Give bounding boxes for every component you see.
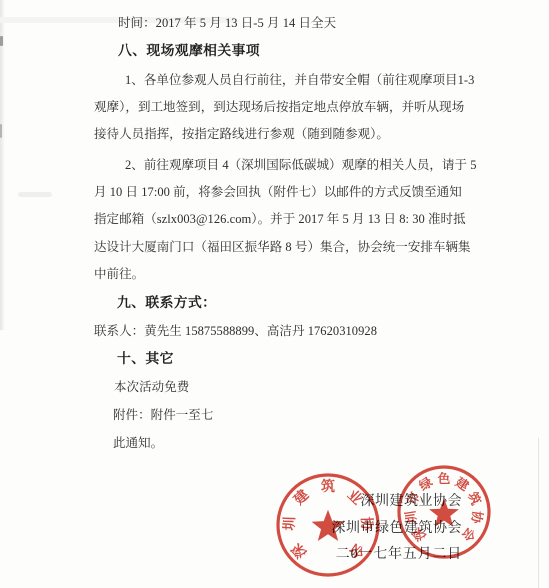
time-line: 时间：2017 年 5 月 13 日-5 月 14 日全天 [118, 16, 336, 31]
seal-character: 市 [404, 489, 423, 507]
para-2-line-4: 达设计大厦南门口（福田区振华路 8 号）集合，协会统一安排车辆集 [94, 240, 471, 255]
official-seal-construction-association: 深圳建筑业协会 [274, 471, 382, 579]
seal-star-icon [312, 510, 345, 541]
para-1-line-3: 接待人员指挥，按指定路线进行参观（随到随参观）。 [94, 127, 389, 142]
section-heading-site-visit: 八、现场观摩相关事项 [118, 43, 260, 58]
scanned-notice-page: 时间：2017 年 5 月 13 日-5 月 14 日全天 八、现场观摩相关事项… [0, 0, 549, 588]
seal-star-icon [429, 498, 459, 526]
closing-line: 此通知。 [113, 436, 163, 451]
para-2-line-5: 中前往。 [94, 267, 144, 282]
section-heading-other: 十、其它 [117, 351, 174, 366]
seal-character: 色 [438, 471, 451, 486]
seal-character: 圳 [403, 509, 419, 524]
seal-character: 筑 [321, 478, 335, 495]
seal-character: 圳 [282, 516, 298, 531]
seal-character: 绿 [416, 474, 435, 494]
para-1-line-1: 1、各单位参观人员自行前往，并自带安全帽（前往观摩项目1-3 [125, 73, 474, 88]
seal-svg: 深圳市绿色建筑协会 [395, 463, 493, 561]
para-2-line-3: 指定邮箱（szlx003@126.com）。并于 2017 年 5 月 13 日… [94, 212, 466, 227]
official-seal-green-building-association: 深圳市绿色建筑协会 [395, 463, 493, 561]
para-1-line-2: 观摩），到工地签到，到达现场后按指定地点停放车辆，并听从现场 [94, 100, 464, 115]
para-2-line-2: 月 10 日 17:00 前，将参会回执（附件七）以邮件的方式反馈至通知 [94, 185, 462, 200]
seal-character: 建 [452, 474, 472, 494]
free-of-charge-line: 本次活动免费 [114, 380, 189, 395]
scan-smudge-artifact [18, 192, 52, 197]
scan-mark-artifact [0, 124, 2, 138]
para-2-line-1: 2、前往观摩项目 4（深圳国际低碳城）观摩的相关人员，请于 5 [125, 158, 477, 173]
seal-character: 会 [459, 525, 479, 545]
seal-character: 深 [409, 524, 429, 544]
seal-svg: 深圳建筑业协会 [274, 471, 382, 579]
attachments-line: 附件：附件一至七 [113, 408, 213, 423]
scan-edge-artifact [538, 438, 539, 588]
scan-mark-artifact [0, 36, 3, 46]
seal-character: 筑 [465, 490, 484, 508]
seal-character: 协 [358, 516, 376, 532]
contact-line: 联系人：黄先生 15875588899、高洁丹 17620310928 [94, 324, 377, 339]
scan-edge-artifact [0, 0, 5, 330]
seal-character: 协 [468, 510, 485, 526]
section-heading-contact: 九、联系方式： [117, 295, 216, 310]
